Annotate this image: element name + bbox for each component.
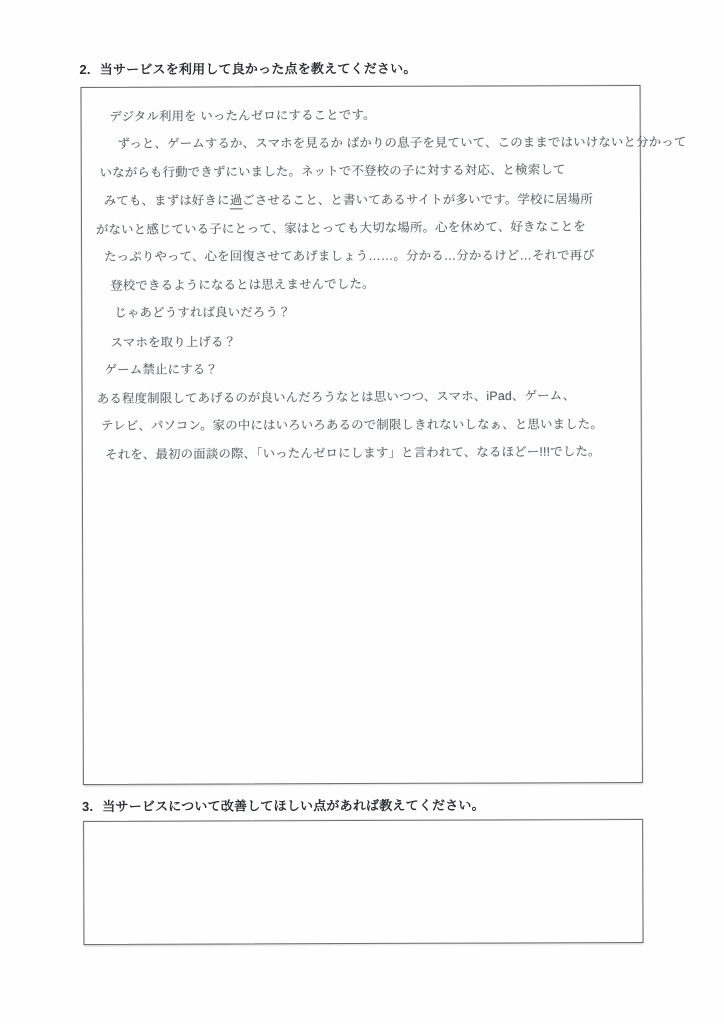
handwritten-line: デジタル利用を いったんゼロにすることです。 bbox=[109, 99, 633, 131]
handwritten-segment: ごさせること、と書いてあるサイトが多いです。学校に居場所 bbox=[242, 192, 593, 207]
handwritten-line: 登校できるようになるとは思えませんでした。 bbox=[110, 268, 634, 300]
question-2-answer-box: デジタル利用を いったんゼロにすることです。 ずっと、ゲームするか、スマホを見る… bbox=[81, 85, 643, 785]
handwritten-line: テレビ、パソコン。家の中にはいろいろあるので制限しきれないしなぁ、と思いました。 bbox=[101, 410, 635, 440]
question-2-label: 2.当サービスを利用して良かった点を教えてください。 bbox=[79, 58, 416, 78]
handwritten-line: じゃあどうすれば良いだろう？ bbox=[114, 297, 634, 327]
question-3-label: 3.当サービスについて改善してほしい点があれば教えてください。 bbox=[82, 795, 485, 815]
question-2-number: 2. bbox=[79, 62, 90, 77]
handwritten-line: ずっと、ゲームするか、スマホを見るか ばかりの息子を見ていて、このままではいけな… bbox=[117, 128, 633, 158]
handwritten-line: たっぷりやって、心を回復させてあげましょう……。分かる…分かるけど…それで再び bbox=[104, 241, 634, 271]
handwritten-line: ある程度制限してあげるのが良いんだろうなとは思いつつ、スマホ、iPad、ゲーム、 bbox=[97, 381, 635, 413]
handwritten-line: みても、まずは好きに過ごさせること、と書いてあるサイトが多いです。学校に居場所 bbox=[104, 185, 634, 215]
handwritten-line: がないと感じている子にとって、家はとっても大切な場所。心を休めて、好きなことを bbox=[96, 212, 634, 244]
handwritten-line: ゲーム禁止にする？ bbox=[105, 354, 635, 384]
question-3-answer-box bbox=[83, 819, 643, 945]
scan-content: 2.当サービスを利用して良かった点を教えてください。 デジタル利用を いったんゼ… bbox=[0, 0, 724, 1024]
handwritten-line: いながらも行動できずにいました。ネットで不登校の子に対する対応、と検索して bbox=[100, 155, 634, 187]
handwritten-segment: みても、まずは好きに bbox=[104, 193, 230, 207]
survey-scan-page: 2.当サービスを利用して良かった点を教えてください。 デジタル利用を いったんゼ… bbox=[0, 0, 724, 1024]
handwritten-underlined-char: 過 bbox=[230, 193, 243, 209]
question-3-text: 当サービスについて改善してほしい点があれば教えてください。 bbox=[102, 798, 485, 814]
question-3-number: 3. bbox=[82, 799, 93, 814]
handwritten-line: それを、最初の面談の際、「いったんゼロにします」と言われて、なるほどー!!!でし… bbox=[105, 437, 635, 469]
handwritten-line: スマホを取り上げる？ bbox=[110, 325, 634, 357]
question-2-text: 当サービスを利用して良かった点を教えてください。 bbox=[100, 61, 417, 77]
handwritten-answer: デジタル利用を いったんゼロにすることです。 ずっと、ゲームするか、スマホを見る… bbox=[81, 86, 641, 469]
